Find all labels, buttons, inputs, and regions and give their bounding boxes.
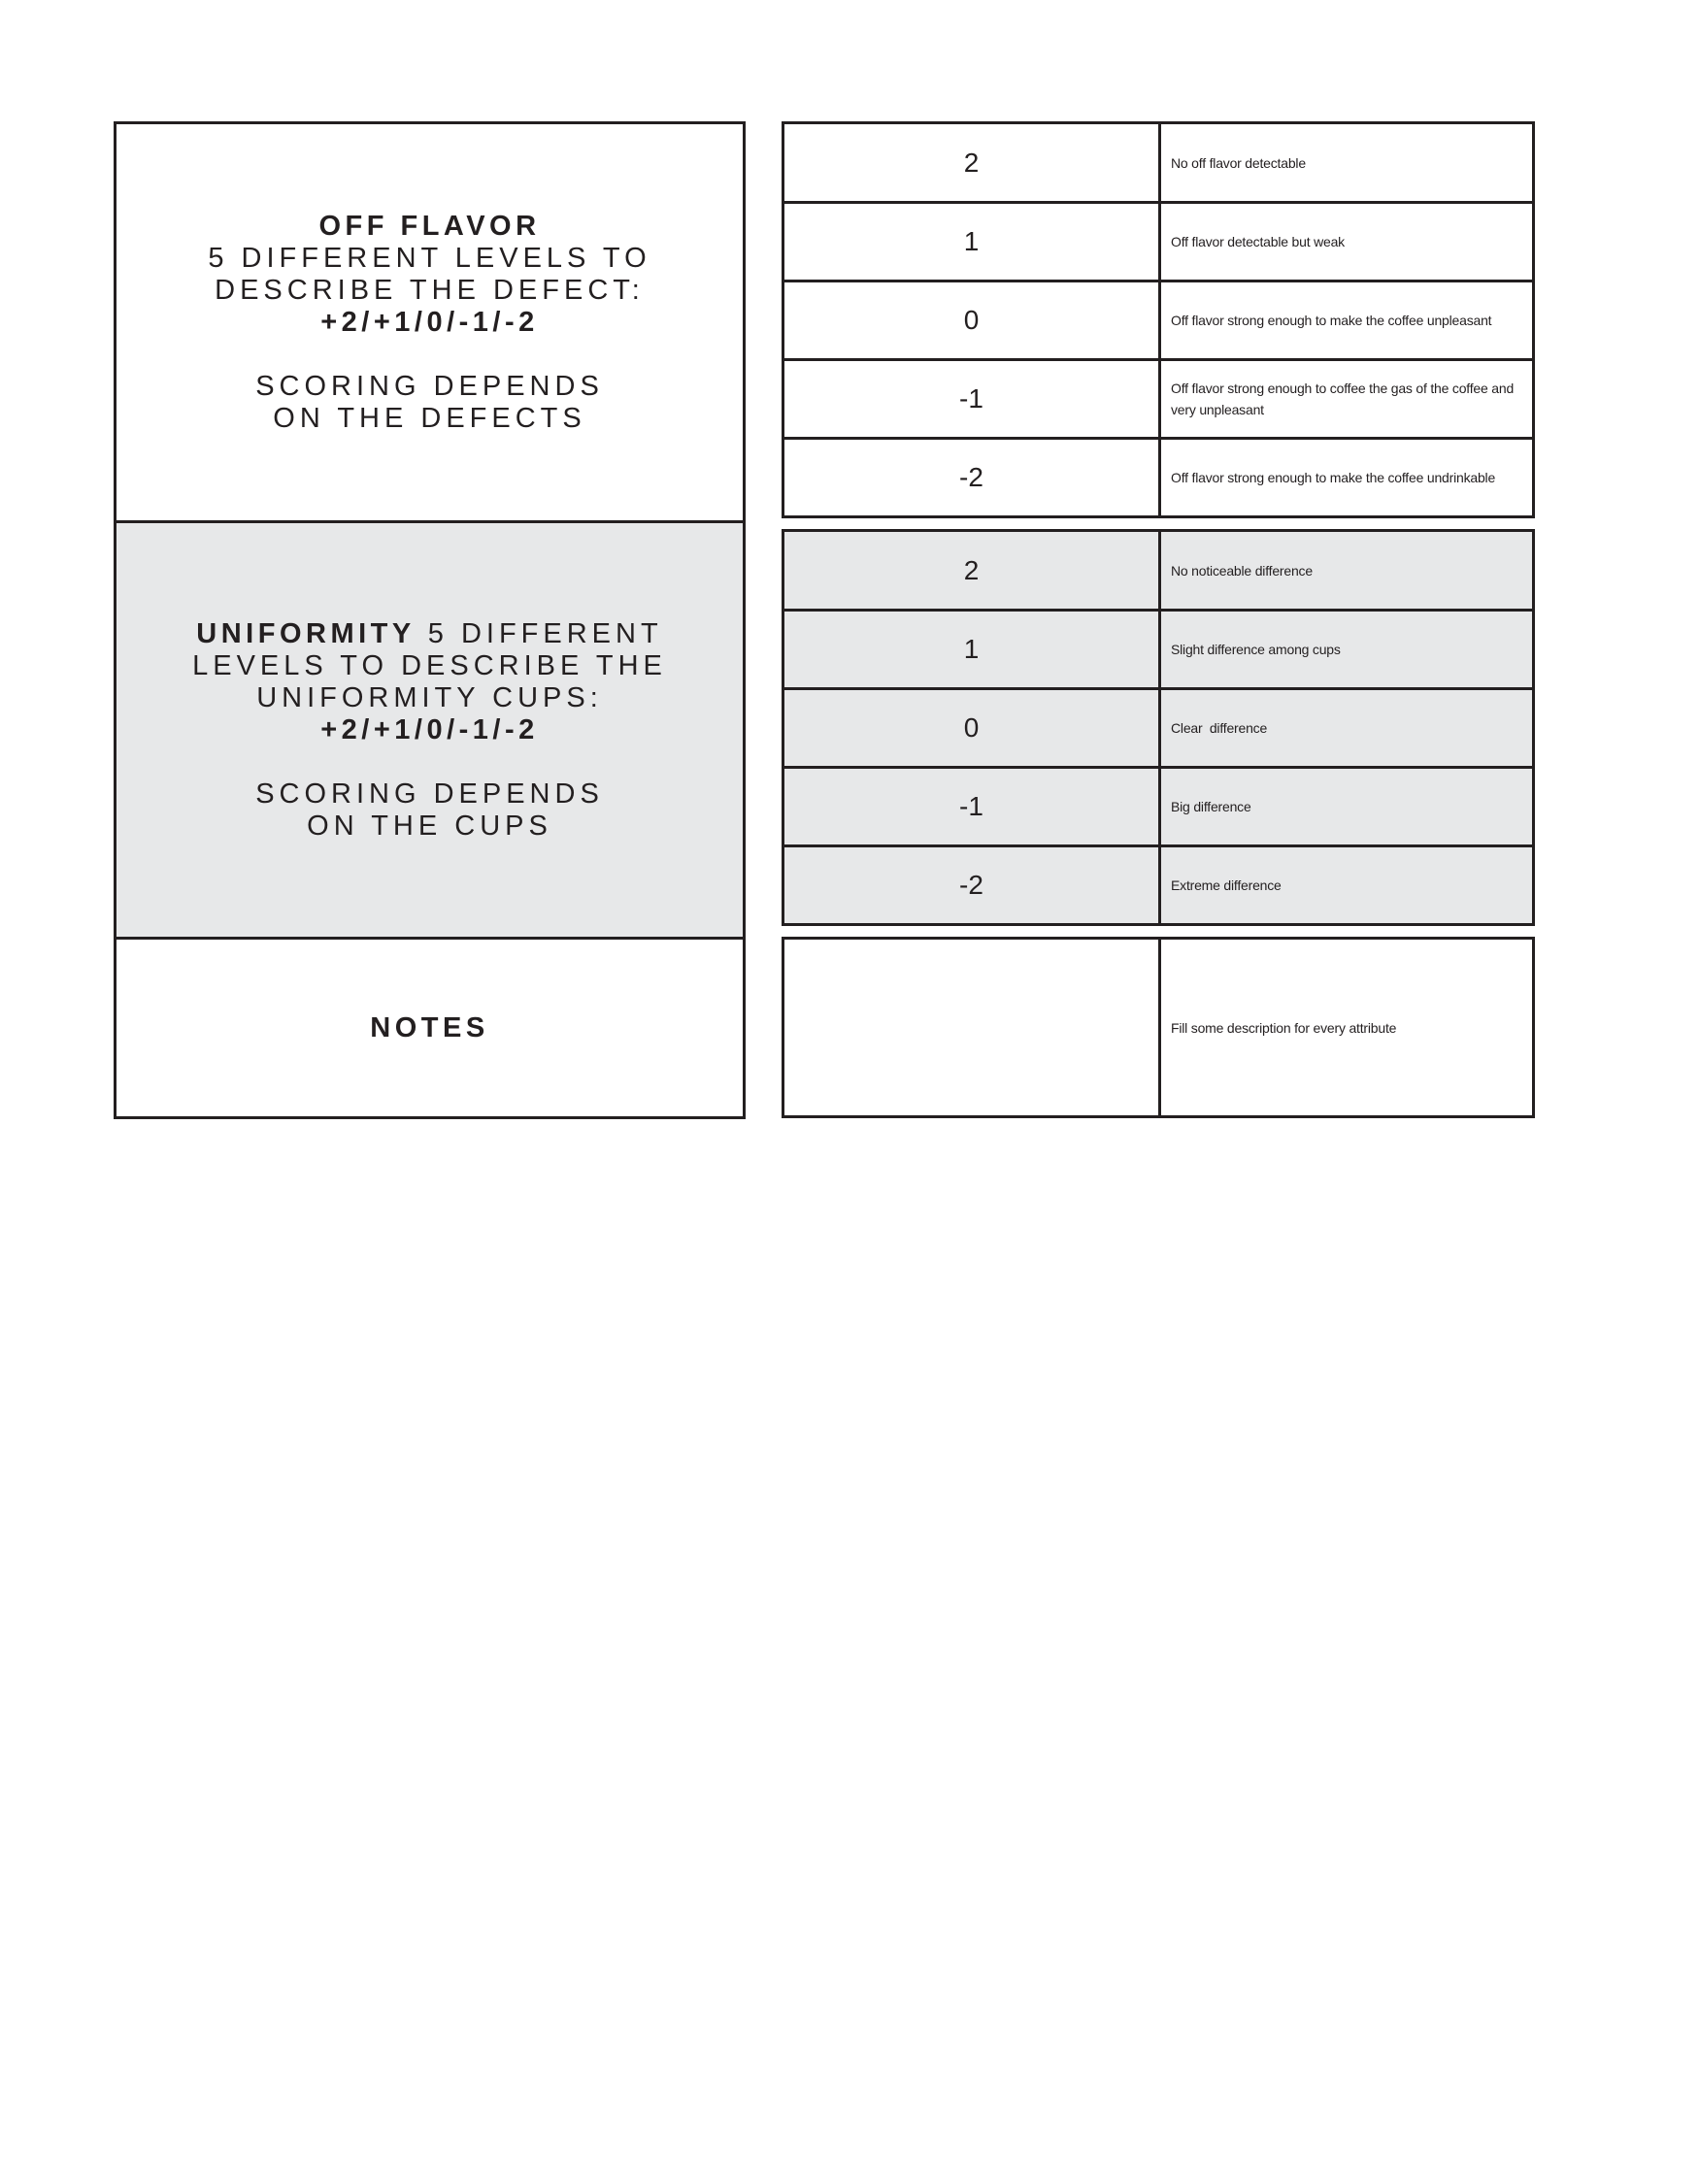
notes-description-cell: Fill some description for every attribut… bbox=[1161, 940, 1532, 1115]
uniformity-line1-rest: 5 DIFFERENT bbox=[416, 618, 663, 649]
score-cell: 0 bbox=[784, 690, 1161, 766]
uniformity-note1: SCORING DEPENDS bbox=[192, 778, 667, 811]
off-flavor-score-table: 2 No off flavor detectable 1 Off flavor … bbox=[782, 121, 1535, 518]
description-cell: Off flavor strong enough to coffee the g… bbox=[1161, 361, 1532, 437]
off-flavor-label: OFF FLAVOR 5 DIFFERENT LEVELS TO DESCRIB… bbox=[208, 211, 650, 435]
uniformity-title: UNIFORMITY bbox=[196, 618, 415, 649]
table-row[interactable]: 0 Off flavor strong enough to make the c… bbox=[784, 280, 1532, 358]
score-cell: -2 bbox=[784, 440, 1161, 515]
off-flavor-line1: 5 DIFFERENT LEVELS TO bbox=[208, 243, 650, 275]
score-cell: -2 bbox=[784, 847, 1161, 923]
off-flavor-scale: +2/+1/0/-1/-2 bbox=[208, 307, 650, 339]
uniformity-label-box: UNIFORMITY 5 DIFFERENT LEVELS TO DESCRIB… bbox=[117, 520, 743, 937]
table-row[interactable]: 2 No off flavor detectable bbox=[784, 124, 1532, 201]
off-flavor-note1: SCORING DEPENDS bbox=[208, 371, 650, 403]
description-cell: Extreme difference bbox=[1161, 847, 1532, 923]
score-cell: -1 bbox=[784, 769, 1161, 844]
notes-label: NOTES bbox=[370, 1012, 488, 1044]
uniformity-scale: +2/+1/0/-1/-2 bbox=[192, 714, 667, 746]
table-row[interactable]: -1 Off flavor strong enough to coffee th… bbox=[784, 358, 1532, 437]
uniformity-line3: UNIFORMITY CUPS: bbox=[192, 682, 667, 714]
table-row[interactable]: 2 No noticeable difference bbox=[784, 532, 1532, 609]
description-cell: Clear difference bbox=[1161, 690, 1532, 766]
score-cell: 2 bbox=[784, 532, 1161, 609]
score-cell: 1 bbox=[784, 612, 1161, 687]
off-flavor-label-box: OFF FLAVOR 5 DIFFERENT LEVELS TO DESCRIB… bbox=[117, 124, 743, 520]
score-cell: 0 bbox=[784, 282, 1161, 358]
table-row[interactable]: 1 Slight difference among cups bbox=[784, 609, 1532, 687]
description-cell: No noticeable difference bbox=[1161, 532, 1532, 609]
uniformity-label: UNIFORMITY 5 DIFFERENT LEVELS TO DESCRIB… bbox=[192, 618, 667, 843]
table-row[interactable]: 1 Off flavor detectable but weak bbox=[784, 201, 1532, 280]
table-row[interactable]: -1 Big difference bbox=[784, 766, 1532, 844]
attribute-labels: OFF FLAVOR 5 DIFFERENT LEVELS TO DESCRIB… bbox=[114, 121, 746, 1119]
notes-row[interactable]: Fill some description for every attribut… bbox=[784, 940, 1532, 1115]
table-row[interactable]: -2 Off flavor strong enough to make the … bbox=[784, 437, 1532, 515]
uniformity-line2: LEVELS TO DESCRIBE THE bbox=[192, 650, 667, 682]
notes-table: Fill some description for every attribut… bbox=[782, 937, 1535, 1118]
score-cell: 2 bbox=[784, 124, 1161, 201]
notes-input-cell[interactable] bbox=[784, 940, 1161, 1115]
description-cell: Off flavor strong enough to make the cof… bbox=[1161, 440, 1532, 515]
description-cell: Off flavor detectable but weak bbox=[1161, 204, 1532, 280]
uniformity-note2: ON THE CUPS bbox=[192, 811, 667, 843]
description-cell: No off flavor detectable bbox=[1161, 124, 1532, 201]
off-flavor-note2: ON THE DEFECTS bbox=[208, 403, 650, 435]
table-row[interactable]: -2 Extreme difference bbox=[784, 844, 1532, 923]
table-row[interactable]: 0 Clear difference bbox=[784, 687, 1532, 766]
score-cell: -1 bbox=[784, 361, 1161, 437]
score-cell: 1 bbox=[784, 204, 1161, 280]
description-cell: Off flavor strong enough to make the cof… bbox=[1161, 282, 1532, 358]
description-cell: Big difference bbox=[1161, 769, 1532, 844]
notes-label-box: NOTES bbox=[117, 937, 743, 1116]
description-cell: Slight difference among cups bbox=[1161, 612, 1532, 687]
uniformity-line1: UNIFORMITY 5 DIFFERENT bbox=[192, 618, 667, 650]
notes-title: NOTES bbox=[370, 1012, 488, 1044]
off-flavor-line2: DESCRIBE THE DEFECT: bbox=[208, 275, 650, 307]
uniformity-score-table: 2 No noticeable difference 1 Slight diff… bbox=[782, 529, 1535, 926]
off-flavor-title: OFF FLAVOR bbox=[208, 211, 650, 243]
